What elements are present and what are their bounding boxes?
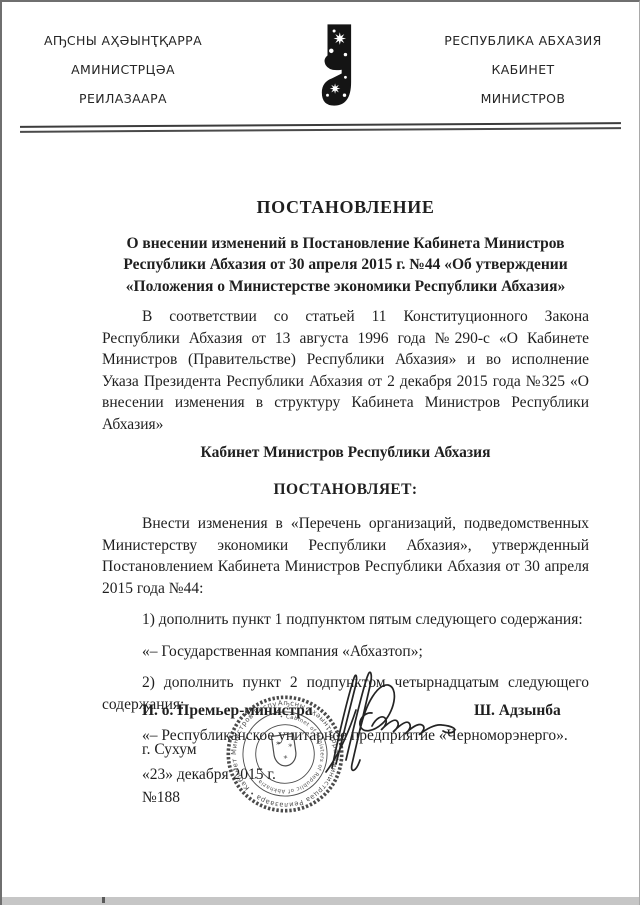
signature-icon <box>302 668 480 776</box>
document-number: №188 <box>142 789 180 807</box>
document-body: ПОСТАНОВЛЕНИЕ О внесении изменений в Пос… <box>102 197 589 747</box>
scan-edge-bar <box>2 897 639 905</box>
letterhead-abkhaz-block: АҦСНЫ АҲӘЫНҬҚАРРА АМИНИСТРЦӘА РЕИЛАЗААРА <box>18 26 228 113</box>
signer-name: Ш. Адзынба <box>474 702 561 720</box>
operative-paragraph: Внести изменения в «Перечень организаций… <box>102 513 589 599</box>
svg-text:*: * <box>288 741 293 751</box>
document-subtitle: О внесении изменений в Постановление Каб… <box>107 233 585 298</box>
letterhead-line: КАБИНЕТ <box>418 55 628 84</box>
authority-line: Кабинет Министров Республики Абхазия <box>102 442 589 464</box>
place-line: г. Сухум <box>142 741 197 759</box>
coat-of-arms-icon <box>319 22 353 108</box>
quote-line-1: «– Государственная компания «Абхазтоп»; <box>102 641 589 663</box>
letterhead: АҦСНЫ АҲӘЫНҬҚАРРА АМИНИСТРЦӘА РЕИЛАЗААРА… <box>2 2 639 124</box>
letterhead-line: АМИНИСТРЦӘА <box>18 55 228 84</box>
svg-text:*: * <box>283 753 288 763</box>
resolves-heading: ПОСТАНОВЛЯЕТ: <box>102 479 589 501</box>
letterhead-russian-block: РЕСПУБЛИКА АБХАЗИЯ КАБИНЕТ МИНИСТРОВ <box>418 26 628 113</box>
svg-text:*: * <box>275 739 280 749</box>
letterhead-line: АҦСНЫ АҲӘЫНҬҚАРРА <box>18 26 228 55</box>
letterhead-line: РЕИЛАЗААРА <box>18 84 228 113</box>
list-item-1: 1) дополнить пункт 1 подпунктом пятым сл… <box>102 609 589 631</box>
preamble-paragraph: В соответствии со статьей 11 Конституцио… <box>102 306 589 435</box>
document-title: ПОСТАНОВЛЕНИЕ <box>102 197 589 219</box>
document-page: АҦСНЫ АҲӘЫНҬҚАРРА АМИНИСТРЦӘА РЕИЛАЗААРА… <box>0 0 640 905</box>
scan-artifact <box>102 897 105 903</box>
letterhead-line: МИНИСТРОВ <box>418 84 628 113</box>
letterhead-line: РЕСПУБЛИКА АБХАЗИЯ <box>418 26 628 55</box>
